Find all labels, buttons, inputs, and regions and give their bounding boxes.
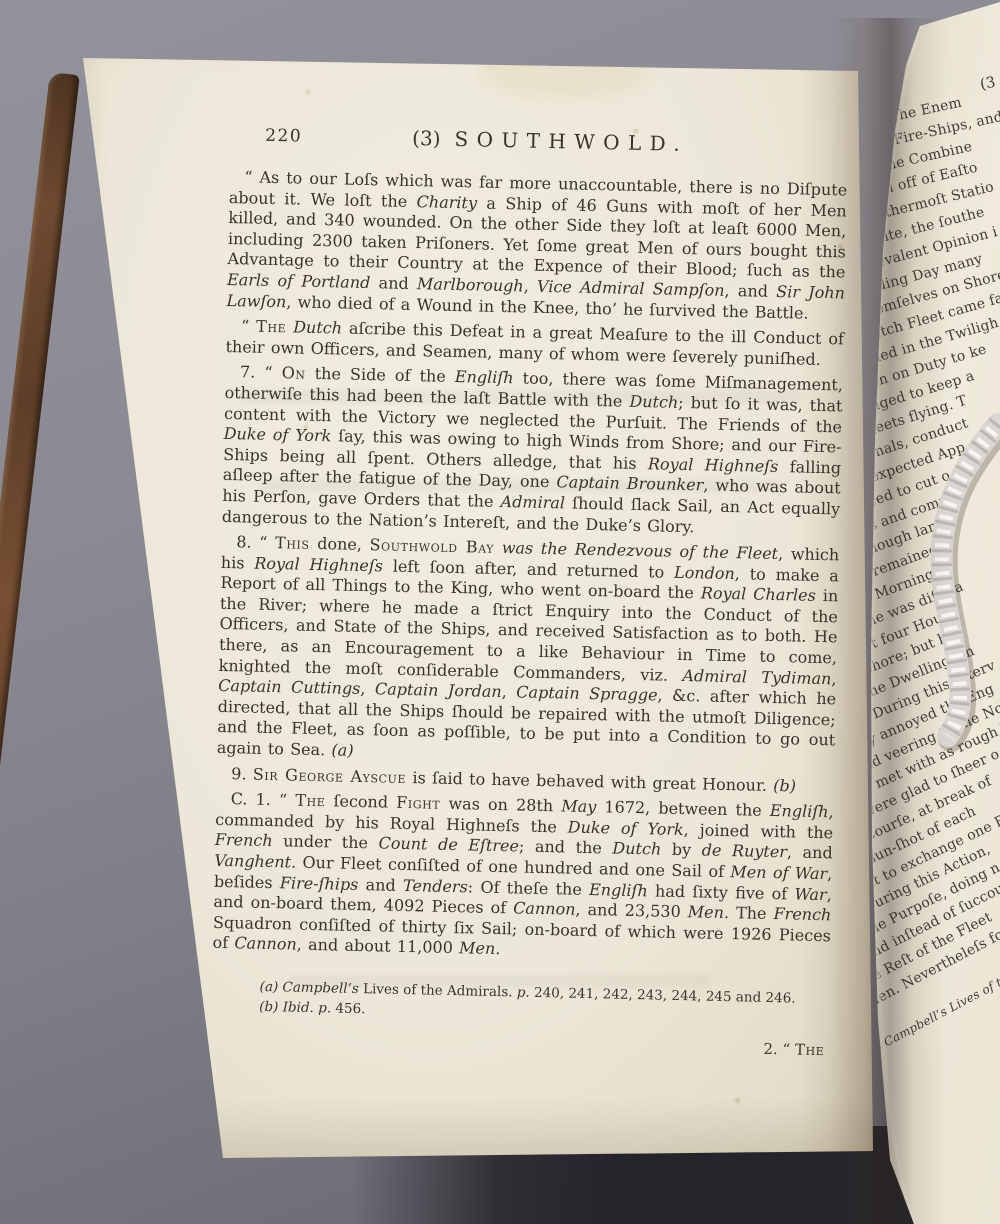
text-segment: 8. “: [236, 532, 275, 552]
header-title: SOUTHWOLD.: [454, 127, 688, 156]
catchword: 2. “ The: [210, 1028, 828, 1059]
text-segment: , and about 11,000: [297, 935, 460, 958]
text-segment: ; and the: [519, 837, 613, 858]
text-segment: under the: [272, 832, 378, 853]
text-segment: Duke of York: [223, 424, 331, 445]
text-segment: Sir George Ayscue: [253, 764, 407, 786]
text-segment: : Of theſe the: [468, 877, 590, 899]
text-segment: Cannon: [234, 934, 297, 954]
text-segment: Vanghent: [214, 851, 291, 872]
text-segment: Dutch: [612, 839, 661, 859]
text-segment: p.: [517, 984, 530, 1000]
text-segment: (a): [331, 740, 353, 759]
text-segment: the Side of the: [305, 364, 455, 386]
text-segment: Royal Highneſs: [254, 553, 383, 575]
text-segment: Captain Spragge: [516, 683, 658, 705]
text-segment: Vice Admiral Sampſon: [537, 277, 725, 300]
text-segment: 456.: [331, 1000, 366, 1017]
page-number: 220: [265, 126, 302, 147]
paragraphs: “ As to our Loſs which was far more unac…: [212, 167, 847, 967]
text-segment: de Ruyter: [702, 841, 788, 862]
footnotes: (a) Campbell’s Lives of the Admirals. p.…: [211, 976, 830, 1029]
text-segment: (b) Ibid. p.: [259, 999, 331, 1017]
text-segment: ,: [523, 276, 537, 295]
paragraph: 8. “ This done, Southwold Bay was the Re…: [217, 532, 840, 772]
text-segment: .: [495, 939, 501, 958]
text-segment: Dutch: [293, 318, 342, 338]
text-segment: 240, 241, 242, 243, 244, 245 and 246.: [530, 985, 796, 1007]
text-segment: 1672, between the: [596, 797, 770, 820]
book-photograph: 220 (3)SOUTHWOLD. “ As to our Loſs which…: [0, 0, 1000, 1224]
text-segment: is ſaid to have behaved with great Honou…: [406, 768, 773, 795]
text-segment: Captain Jordan: [375, 680, 502, 702]
text-segment: French: [215, 830, 273, 850]
text-segment: Men: [688, 902, 725, 922]
text-block: “ As to our Loſs which was far more unac…: [210, 167, 847, 1059]
text-segment: Captain Cuttings: [218, 676, 361, 698]
left-page: 220 (3)SOUTHWOLD. “ As to our Loſs which…: [60, 25, 880, 1165]
text-segment: ,: [831, 669, 837, 688]
paragraph: 7. “ On the Side of the Engliſh too, the…: [222, 362, 843, 540]
text-segment: Count de Eſtree: [378, 834, 519, 856]
paragraph: “ The Dutch aſcribe this Defeat in a gre…: [225, 316, 844, 371]
text-segment: Royal Charles: [701, 584, 816, 606]
text-segment: “: [241, 316, 257, 335]
text-segment: The: [795, 1041, 825, 1060]
text-segment: Charity: [416, 192, 477, 212]
text-segment: This: [275, 533, 310, 553]
text-segment: was on 28th: [440, 794, 561, 816]
text-segment: Tenders: [403, 876, 468, 896]
text-segment: 9.: [231, 764, 253, 783]
text-segment: Men: [459, 939, 496, 959]
header-prefix: (3): [412, 126, 441, 151]
text-segment: The: [295, 791, 326, 811]
text-segment: had ſixty five of: [648, 881, 795, 903]
text-segment: Fight: [396, 793, 441, 813]
text-segment: Engliſh: [770, 801, 829, 821]
foxing-spot: [866, 418, 870, 422]
text-segment: , and: [787, 843, 833, 863]
text-segment: Dutch: [629, 392, 678, 412]
text-segment: London: [674, 562, 735, 582]
foxing-spot: [549, 61, 554, 66]
text-segment: On: [281, 364, 305, 384]
text-segment: Duke of York: [568, 817, 684, 839]
text-segment: C. 1. “: [231, 789, 296, 809]
page-header: (3)SOUTHWOLD.: [412, 126, 688, 156]
text-segment: War: [794, 884, 827, 904]
book-spine: [0, 72, 80, 1163]
text-segment: Admiral: [500, 492, 565, 512]
text-segment: Fire-ſhips: [280, 873, 359, 894]
text-segment: Engliſh: [589, 880, 648, 900]
text-segment: May: [561, 797, 596, 817]
text-segment: Cannon: [513, 899, 576, 919]
paragraph: C. 1. “ The ſecond Fight was on 28th May…: [212, 789, 833, 967]
text-segment: (b): [773, 776, 796, 795]
text-segment: (a) Campbell’s: [259, 979, 359, 997]
text-segment: Marlborough: [417, 274, 524, 295]
paragraph: “ As to our Loſs which was far more unac…: [226, 167, 847, 325]
page-content: 220 (3)SOUTHWOLD. “ As to our Loſs which…: [38, 21, 883, 1179]
right-page-curled: (3 2. “ The Enemfour Fire-Ships, and3. T…: [850, 0, 1000, 1224]
text-segment: Men of War: [730, 862, 827, 883]
text-segment: and: [358, 875, 403, 895]
text-segment: Admiral Tydiman: [682, 666, 831, 688]
text-segment: 2. “: [763, 1040, 795, 1059]
text-segment: and: [370, 273, 417, 293]
text-segment: 7. “: [240, 363, 282, 383]
text-segment: ,: [360, 679, 375, 698]
text-segment: ſecond: [325, 791, 396, 812]
text-segment: . The: [724, 903, 774, 923]
text-segment: Engliſh: [455, 367, 514, 387]
text-segment: , joined with the: [684, 820, 834, 842]
text-segment: Earls of Portland: [227, 270, 371, 292]
text-segment: ,: [501, 682, 516, 701]
text-segment: , and 23,530: [575, 900, 688, 921]
text-segment: The: [256, 317, 287, 337]
text-segment: done,: [309, 534, 369, 554]
text-segment: French: [773, 904, 831, 924]
text-segment: by: [661, 840, 702, 860]
text-segment: Lives of the Admirals.: [359, 981, 517, 1000]
text-segment: , and: [724, 281, 776, 301]
text-segment: Captain Brounker: [556, 473, 703, 495]
text-segment: Royal Highneſs: [648, 454, 779, 476]
text-segment: Southwold Bay: [369, 535, 494, 557]
